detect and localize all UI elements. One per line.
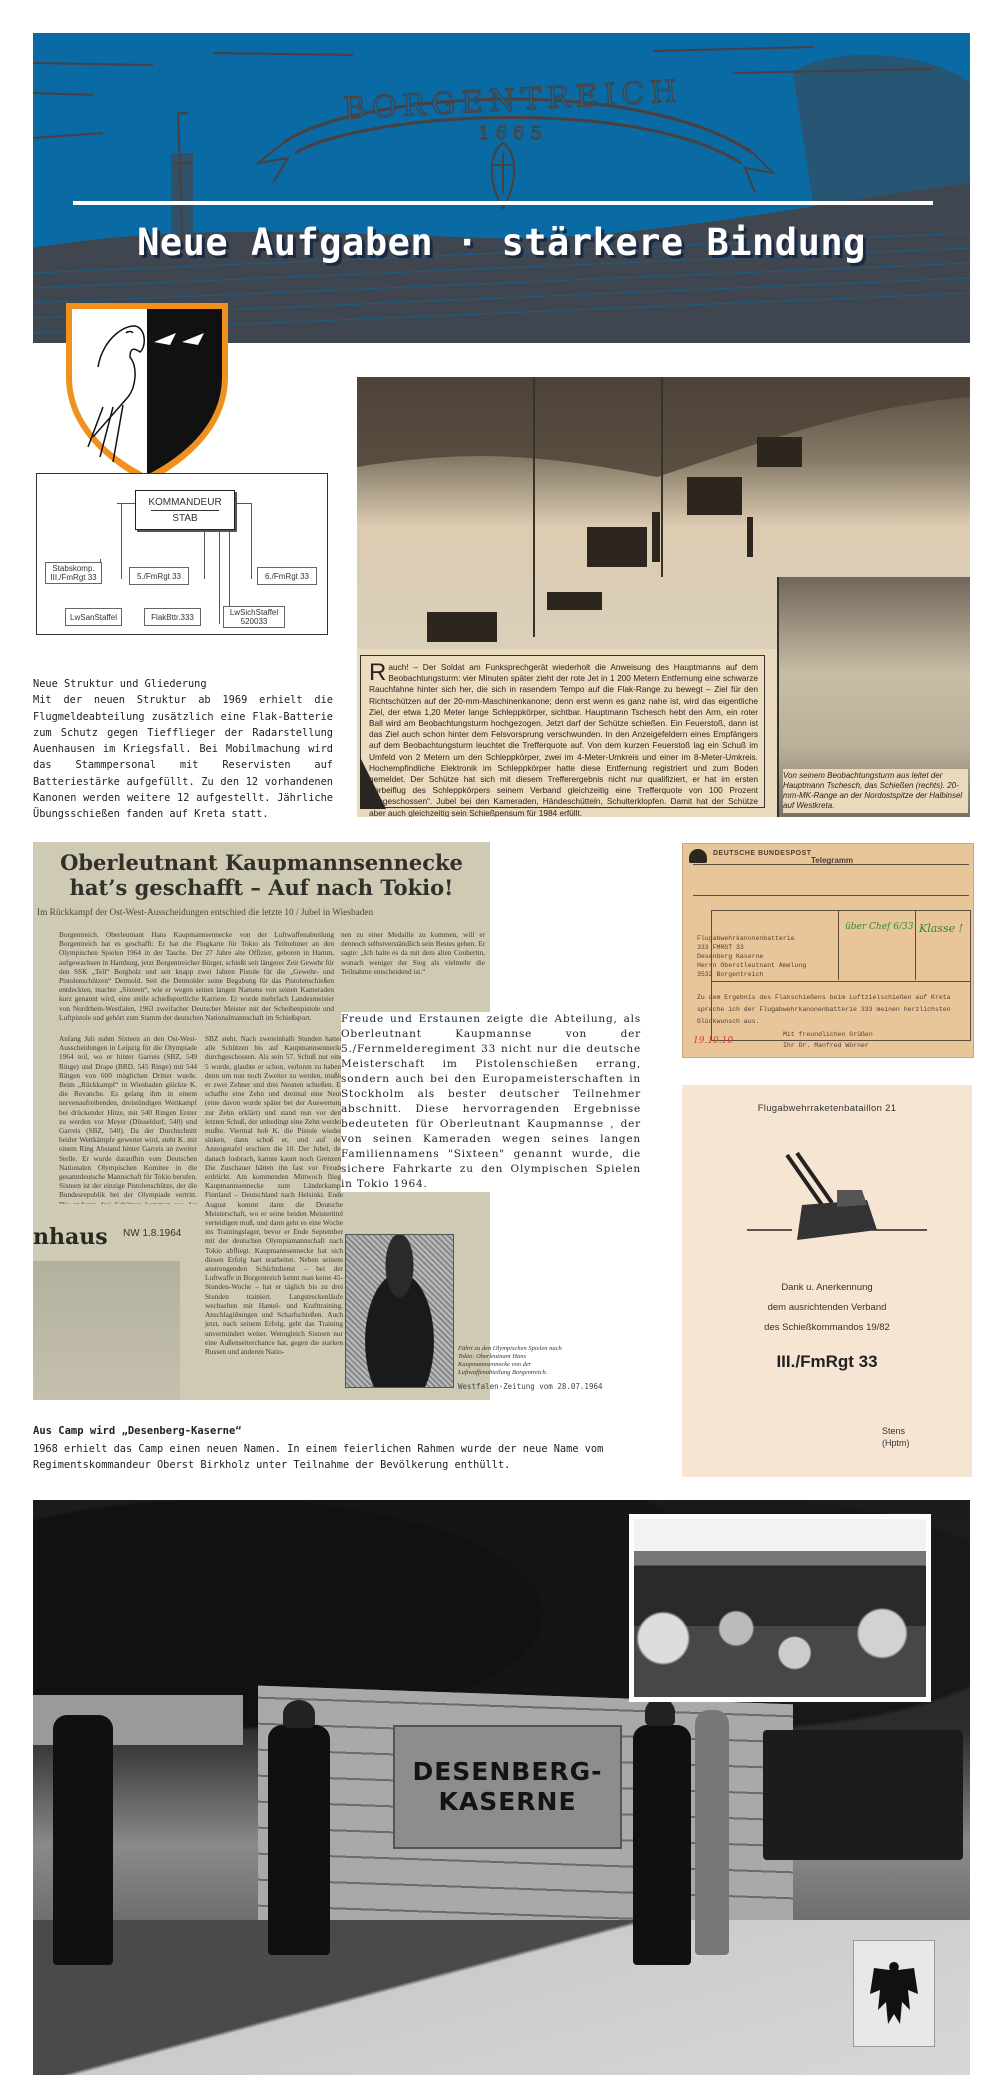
ceremony-inset-photo: [629, 1514, 931, 1702]
address-line: 3532 Borgentreich: [697, 970, 806, 979]
certificate-line: des Schießkommandos 19/82: [682, 1322, 972, 1333]
structure-title: Neue Struktur und Gliederung: [33, 676, 333, 692]
telegram-body: Zu dem Ergebnis des Flakschießens beim L…: [697, 992, 962, 1028]
federal-eagle-icon: [853, 1940, 935, 2047]
green-handwritten-note: über Chef 6/33: [845, 922, 913, 932]
portrait-caption: Fährt zu den Olympischen Spielen nach To…: [458, 1345, 578, 1377]
guard-figure: [268, 1725, 330, 1955]
officer-portrait-photo: [345, 1234, 454, 1388]
org-box-kommandeur: KOMMANDEUR STAB: [135, 490, 235, 530]
fraktur-source: Westfalen-Zeitung vom 28.07.1964: [458, 1382, 603, 1391]
flak-gun-icon: [747, 1145, 927, 1255]
red-handwritten-note: 19.10.10: [693, 1036, 733, 1046]
certificate-line: dem ausrichtenden Verband: [682, 1302, 972, 1313]
structure-text: Mit der neuen Struktur ab 1969 erhielt d…: [33, 692, 333, 822]
telegram-brand: DEUTSCHE BUNDESPOST: [713, 850, 812, 857]
plaque-line1: DESENBERG-: [412, 1757, 602, 1787]
dropcap: R: [369, 663, 386, 683]
org-box-unit: 5./FmRgt 33: [129, 567, 189, 585]
plaque-line2: KASERNE: [438, 1787, 576, 1817]
telegram-header-grid: [693, 864, 969, 896]
officer-figure: [53, 1715, 113, 1965]
olympia-headline-line1: Oberleutnant Kaupmannsennecke: [33, 850, 490, 875]
olympia-source: NW 1.8.1964: [123, 1228, 181, 1239]
telegram-address: Flugabwehrkanonenbatterie 333 FMRGT 33 D…: [697, 934, 806, 979]
telegram-closing: Mit freundlichen Grüßen: [783, 1029, 873, 1040]
troops-formation: [763, 1730, 963, 1860]
page-fold: [360, 757, 386, 809]
certificate-signature: Stens (Hptm): [882, 1425, 910, 1449]
org-box-unit: LwSanStaffel: [65, 608, 122, 626]
certificate-unit: III./FmRgt 33: [682, 1352, 972, 1372]
org-box-unit: LwSichStaffel 520033: [223, 606, 285, 628]
olympia-right-column: nen zu einer Medaille zu kommen, will er…: [341, 930, 485, 985]
certificate-header: Flugabwehrraketenbataillon 21: [682, 1103, 972, 1114]
green-handwritten-note: Klasse !: [919, 922, 963, 935]
olympia-headline-line2: hat’s geschafft – Auf nach Tokio!: [33, 875, 490, 900]
certificate-line: Dank u. Anerkennung: [682, 1282, 972, 1293]
kaserne-ceremony-photo: DESENBERG- KASERNE: [33, 1500, 970, 2075]
fraktur-article: Freude und Erstaunen zeigte die Abteilun…: [341, 1012, 641, 1192]
org-main-bottom: STAB: [172, 512, 197, 525]
page-title: Neue Aufgaben · stärkere Bindung: [33, 221, 970, 264]
olympia-headline: Oberleutnant Kaupmannsennecke hat’s gesc…: [33, 850, 490, 900]
structure-section: Neue Struktur und Gliederung Mit der neu…: [33, 676, 333, 823]
civilian-figure: [695, 1710, 729, 1955]
org-box-unit: 6./FmRgt 33: [257, 567, 317, 585]
certificate-document: Flugabwehrraketenbataillon 21 Dank u. An…: [682, 1085, 972, 1477]
olympia-column-2: SBZ steht. Nach zweieinhalb Stunden hatt…: [205, 1034, 343, 1396]
kaserne-plaque: DESENBERG- KASERNE: [393, 1725, 622, 1849]
clipping-blank-area: [33, 1261, 180, 1400]
observer-inset-photo: Von seinem Beobachtungsturm aus leitet d…: [777, 577, 970, 817]
unit-crest-eagle-icon: [58, 297, 236, 487]
signature-rank: (Hptm): [882, 1437, 910, 1449]
olympia-subtitle: Im Rückkampf der Ost-West-Ausscheidungen…: [37, 908, 487, 918]
address-line: 333 FMRGT 33: [697, 943, 806, 952]
banner-rule: [73, 201, 933, 205]
telegram-signature: Mit freundlichen Grüßen Ihr Dr. Manfred …: [783, 1029, 873, 1051]
address-line: Herrn Oberstleutnant Amelung: [697, 961, 806, 970]
headline-fragment: nhaus: [33, 1224, 108, 1250]
org-box-unit: FlakBttr.333: [144, 608, 201, 626]
signature-name: Stens: [882, 1425, 910, 1437]
org-box-unit: Stabskomp. III./FmRgt 33: [45, 562, 102, 584]
telegram-notes-grid: [838, 910, 916, 980]
crete-article-text: auch! – Der Soldat am Funksprechgerät wi…: [369, 662, 758, 817]
kaserne-text: 1968 erhielt das Camp einen neuen Namen.…: [33, 1441, 653, 1473]
guard-figure: [633, 1725, 691, 1965]
organization-chart: KOMMANDEUR STAB Stabskomp. III./FmRgt 33…: [36, 473, 328, 635]
crete-newspaper-clipping: Von seinem Beobachtungsturm aus leitet d…: [357, 377, 970, 817]
olympia-lead: Borgentreich. Oberleutnant Hans Kaupmann…: [59, 930, 334, 1030]
town-year: 1665: [453, 123, 573, 144]
inset-caption: Von seinem Beobachtungsturm aus leitet d…: [783, 769, 968, 813]
telegram-signer: Ihr Dr. Manfred Wörner: [783, 1040, 873, 1051]
org-main-top: KOMMANDEUR: [148, 496, 221, 509]
olympia-column-1: Anfang Juli nahm Sixteen an den Ost-West…: [59, 1034, 197, 1204]
address-line: Flugabwehrkanonenbatterie: [697, 934, 806, 943]
crete-article: Rauch! – Der Soldat am Funksprechgerät w…: [360, 655, 765, 808]
address-line: Desenberg Kaserne: [697, 952, 806, 961]
kaserne-title: Aus Camp wird „Desenberg-Kaserne“: [33, 1425, 242, 1437]
posthorn-icon: [689, 849, 707, 863]
telegram-document: DEUTSCHE BUNDESPOST Telegramm Flugabwehr…: [682, 843, 974, 1058]
